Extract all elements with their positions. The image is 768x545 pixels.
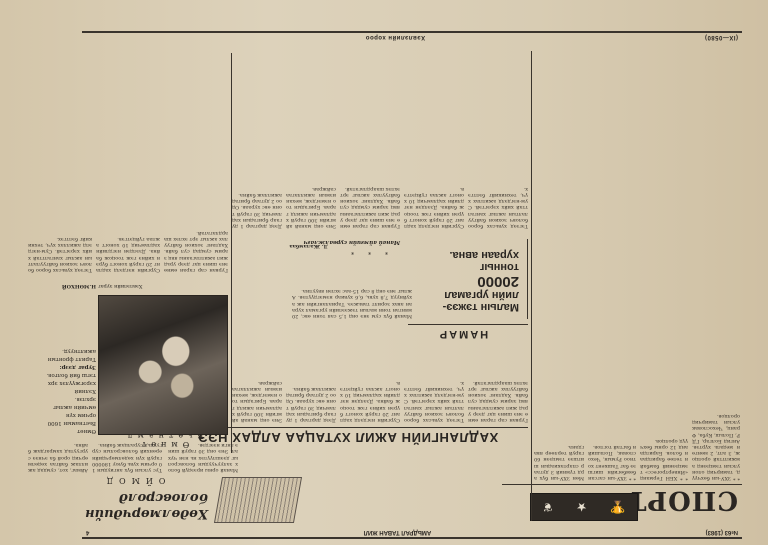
harvest-column-1: Гурван сар гаран өмнө энэ шинэ цаг дээр … xyxy=(468,343,528,423)
harvest-column-2: Тэгээд хувьсах бороо боловч зохион байгу… xyxy=(404,343,464,423)
harvest-signature: Д. Жаламбаа xyxy=(289,243,328,249)
vietnam-side-text: Өмнөт Вьетнамын 1600 орчим хүн өмчийн аж… xyxy=(46,347,96,435)
footer-code: (IX—0580) xyxy=(704,34,738,40)
autumn-body: Манай бүх сум энэ онд 1,5 сая тонн өвс, … xyxy=(292,259,412,319)
page-folio: №63 (1983) АМЬДРАЛ ТАВАН ЖИЛ 4 xyxy=(82,525,742,539)
folio-number: 4 xyxy=(86,529,89,535)
photo-credit: Хэвлэлийн зураг xyxy=(98,283,228,289)
autumn-kicker: НАМАР xyxy=(408,328,518,340)
harvest-column-8: Гурван сар гаран өмнө энэ шинэ цаг дээр … xyxy=(340,53,400,229)
open-book-illustration xyxy=(214,477,302,523)
newspaper-page-rotated: №63 (1983) АМЬДРАЛ ТАВАН ЖИЛ 4 СПОРТ 🏆 ★… xyxy=(0,0,768,545)
sport-emblem-icon: 🏆 ★ ❦ xyxy=(530,493,638,521)
folio-newspaper-name: АМЬДРАЛ ТАВАН ЖИЛ xyxy=(364,529,432,535)
sport-column-1: * * ЗХУ-ын бөхчүүд, тамирчид олон улсын … xyxy=(692,321,740,481)
page-footer: (IX—0580) Хэвлэлийн хороо xyxy=(82,31,742,45)
harvest-column-10: Дээд даргаар 1 дугаар бригадын хадламчид… xyxy=(232,53,282,229)
harvest-column-13: Тэгээд хувьсах бороо боловч зохион байгу… xyxy=(28,53,92,273)
harvest-column-6: Тэгээд хувьсах бороо боловч зохион байгу… xyxy=(468,53,528,229)
laurel-icon: ❦ xyxy=(543,500,553,514)
education-section-label: ОЙМОД xyxy=(58,476,208,485)
education-headline: Хөдөлмөрчдийн боловсролд xyxy=(28,489,208,521)
section-stars: * * * xyxy=(345,248,388,255)
harvest-column-9: Энэ онд манай аймгийн 300 гаруй хадламчи… xyxy=(286,53,336,229)
folio-page-number: №63 (1983) xyxy=(706,529,738,535)
divider xyxy=(502,484,742,485)
sport-column-4: Мөн ЗХУ-ын бүх ард түмний 3 дугаар спарт… xyxy=(534,321,584,481)
harvest-column-12: Сургийн нэгдэлд хадланг 20 гаруй хоногт … xyxy=(96,53,160,273)
newspaper-scan: №63 (1983) АМЬДРАЛ ТАВАН ЖИЛ 4 СПОРТ 🏆 ★… xyxy=(0,0,768,545)
sport-section-title: СПОРТ xyxy=(626,485,738,515)
vietnam-group-photo xyxy=(98,295,228,435)
column-rule xyxy=(531,51,532,521)
column-rule xyxy=(231,53,232,453)
photo-signature: Н.МӨНХОЙ xyxy=(62,283,96,289)
divider xyxy=(408,324,528,325)
footer-publisher: Хэвлэлийн хороо xyxy=(365,34,425,40)
medal-icon: ★ xyxy=(576,500,587,514)
harvest-column-11: Гурван сар гаран өмнө энэ шинэ цаг дээр … xyxy=(164,53,228,273)
sport-column-3: * * ЗХУ-ын сагсан бөмбөгийн шигшээ баг Т… xyxy=(588,321,636,481)
harvest-column-7: Сургийн нэгдэлд хадланг 20 гаруй хоногт … xyxy=(404,53,464,229)
sport-column-2: * * ХБН Германд «Инвертрогесс» тэмцээний… xyxy=(640,321,688,481)
harvest-column-5: Энэ онд манай аймгийн 300 гаруй хадламчи… xyxy=(232,263,282,423)
trophy-icon: 🏆 xyxy=(610,500,625,514)
autumn-boxed-headline: Малын тэжээ- лийн ургамал 20000 тонныг х… xyxy=(418,239,528,319)
